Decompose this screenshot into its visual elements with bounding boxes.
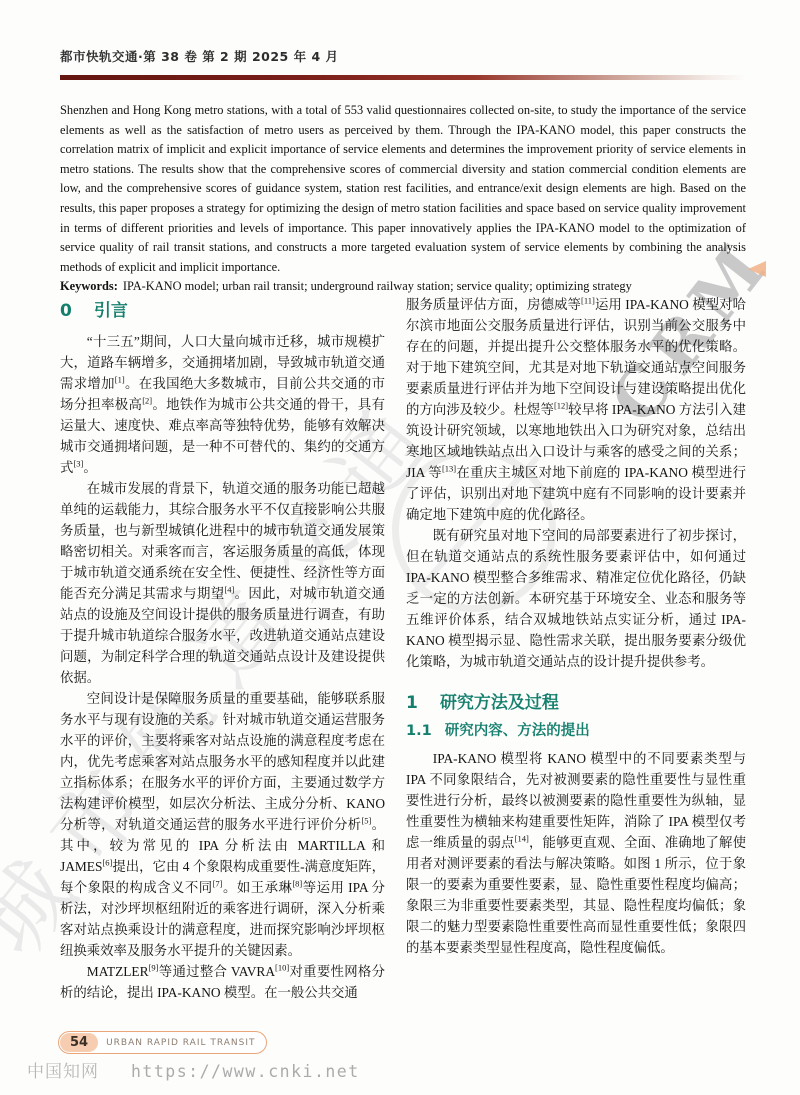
cnki-watermark-line: 中国知网https://www.cnki.net	[27, 1057, 360, 1082]
keywords-text: IPA-KANO model; urban rail transit; unde…	[123, 279, 632, 293]
section-1-number: 1	[406, 693, 418, 713]
cnki-url: https://www.cnki.net	[131, 1062, 360, 1081]
paragraph: 既有研究虽对地下空间的局部要素进行了初步探讨，但在轨道交通站点的系统性服务要素评…	[406, 525, 746, 672]
section-1-1-number: 1.1	[406, 723, 432, 739]
page-number-badge: 54 URBAN RAPID RAIL TRANSIT	[58, 1031, 267, 1054]
journal-name-english: URBAN RAPID RAIL TRANSIT	[106, 1038, 255, 1048]
page-number: 54	[60, 1033, 98, 1052]
cnki-label: 中国知网	[27, 1062, 99, 1082]
paragraph: IPA-KANO 模型将 KANO 模型中的不同要素类型与 IPA 不同象限结合…	[406, 748, 746, 958]
orange-wedge-marker	[748, 261, 766, 277]
abstract-body: Shenzhen and Hong Kong metro stations, w…	[60, 101, 746, 277]
journal-page: CRM 城市轨道交通 都市快轨交通·第 38 卷 第 2 期 2025 年 4 …	[0, 0, 800, 1095]
paragraph: MATZLER[9]等通过整合 VAVRA[10]对重要性网格分析的结论，提出 …	[60, 961, 385, 1003]
abstract-block: Shenzhen and Hong Kong metro stations, w…	[60, 101, 746, 297]
paragraph: 在城市发展的背景下，轨道交通的服务功能已超越单纯的运载能力，其综合服务水平不仅直…	[60, 478, 385, 688]
section-0-title: 引言	[94, 301, 128, 321]
section-1-1-heading: 1.1研究内容、方法的提出	[406, 719, 746, 740]
section-1-heading: 1研究方法及过程	[406, 688, 746, 713]
section-0-heading: 0引言	[60, 296, 385, 321]
journal-header-line: 都市快轨交通·第 38 卷 第 2 期 2025 年 4 月	[60, 47, 746, 65]
right-column: 服务质量评估方面，房德威等[11]运用 IPA-KANO 模型对哈尔滨市地面公交…	[406, 294, 746, 958]
left-column: 0引言 “十三五”期间，人口大量向城市迁移，城市规模扩大，道路车辆增多，交通拥堵…	[60, 294, 385, 1003]
header-rule	[60, 75, 746, 80]
paragraph: 服务质量评估方面，房德威等[11]运用 IPA-KANO 模型对哈尔滨市地面公交…	[406, 294, 746, 525]
section-0-number: 0	[60, 301, 72, 321]
keywords-label: Keywords:	[60, 279, 118, 293]
section-1-1-title: 研究内容、方法的提出	[445, 723, 590, 739]
section-1-title: 研究方法及过程	[440, 693, 559, 713]
paragraph: 空间设计是保障服务质量的重要基础，能够联系服务水平与现有设施的关系。针对城市轨道…	[60, 688, 385, 961]
paragraph: “十三五”期间，人口大量向城市迁移，城市规模扩大，道路车辆增多，交通拥堵加剧，导…	[60, 331, 385, 478]
